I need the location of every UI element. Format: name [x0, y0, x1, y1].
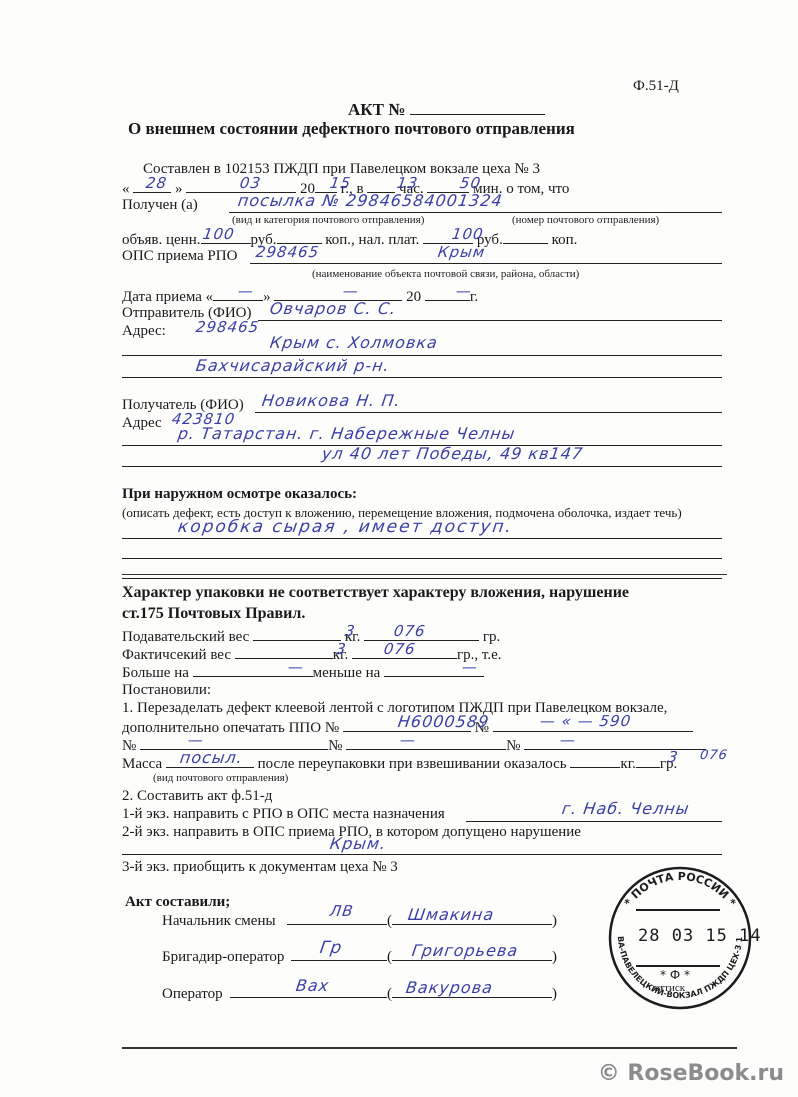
packaging-heading-1: Характер упаковки не соответствует харак… [122, 584, 629, 602]
copy-2-field[interactable] [122, 854, 722, 855]
resolution-item-2: 2. Составить акт ф.51-д [122, 787, 272, 805]
acceptance-office-region: Крым [437, 243, 487, 261]
cod-rub-value: 100 [451, 225, 485, 243]
extra-no-2-value: — [399, 731, 418, 749]
act-title-text: АКТ № [348, 100, 405, 119]
less-value: — [461, 658, 480, 676]
cod-kop-field[interactable] [503, 229, 548, 244]
actual-weight-row: Фактичсекий вес кг. гр., т.е. [122, 644, 502, 664]
submitted-g-value: 076 [393, 622, 427, 640]
copy-3-label: 3-й экз. приобщить к документам цеха № 3 [122, 858, 398, 876]
sender-address-value-2: Бахчисарайский р-н. [195, 356, 392, 375]
month-value: 03 [239, 174, 263, 192]
received-field[interactable] [229, 212, 722, 213]
acceptance-year-value: — [455, 282, 474, 300]
mass-g-field[interactable] [636, 753, 660, 768]
inspection-line-1[interactable] [122, 538, 722, 539]
values-row: объяв. ценн.руб. коп., нал. плат. руб. к… [122, 229, 577, 249]
actual-kg-field[interactable] [235, 644, 333, 659]
sender-address-value-1: Крым с. Холмовка [269, 333, 440, 352]
watermark: © RoseBook.ru [598, 1061, 784, 1086]
signature-row: Начальник смены() [162, 910, 557, 930]
received-label: Получен (а) [122, 196, 198, 214]
section-divider [122, 574, 727, 575]
signatory-name-value: Шмакина [407, 905, 496, 924]
inspection-line-2[interactable] [122, 558, 722, 559]
recipient-name-value: Новикова Н. П. [261, 391, 402, 410]
received-hint-kind: (вид и категория почтового отправления) [232, 214, 424, 227]
extra-no-3-value: — [559, 731, 578, 749]
mass-g-value: 076 [699, 748, 729, 763]
sender-name-field[interactable] [258, 320, 722, 321]
bottom-rule [122, 1047, 737, 1049]
copy-1-field[interactable] [466, 821, 722, 822]
act-subtitle: О внешнем состоянии дефектного почтового… [128, 120, 575, 138]
extra-no-2-field[interactable] [346, 735, 506, 750]
mass-kind-value: посыл. [179, 748, 245, 767]
sender-address-line-2[interactable] [122, 377, 722, 378]
recipient-address-value-1: р. Татарстан. г. Набережные Челны [177, 424, 517, 443]
acceptance-day-value: — [237, 282, 256, 300]
signature-value: Вах [295, 976, 331, 995]
stamp-label: оттиск [654, 982, 685, 994]
declared-rub-value: 100 [202, 225, 236, 243]
submitted-weight-row: Подавательский вес кг. гр. [122, 626, 500, 646]
mass-kind-hint: (вид почтового отправления) [153, 772, 288, 785]
actual-g-value: 076 [383, 640, 417, 658]
copy-1-label: 1-й экз. направить с РПО в ОПС места наз… [122, 805, 445, 823]
declared-kop-field[interactable] [277, 229, 322, 244]
signatures-heading: Акт составили; [125, 893, 230, 911]
acceptance-office-hint: (наименование объекта почтовой связи, ра… [312, 268, 579, 281]
postal-stamp: * ПОЧТА РОССИИ * МОСКВА-ПАВЕЛЕЦКИЙ-ВОКЗА… [598, 862, 762, 1012]
copy-1-value: г. Наб. Челны [561, 799, 691, 818]
resolution-heading: Постановили: [122, 681, 211, 699]
form-code: Ф.51-Д [633, 77, 679, 95]
hour-value: 13 [396, 174, 420, 192]
acceptance-office-index: 298465 [255, 243, 321, 261]
extra-no-1-value: — [187, 731, 206, 749]
acceptance-office-field[interactable] [250, 263, 722, 264]
acceptance-office-label: ОПС приема РПО [122, 247, 237, 265]
inspection-finding: коробка сырая , имеет доступ. [177, 517, 515, 537]
year-value: 15 [329, 174, 353, 192]
sender-address-label: Адрес: [122, 322, 166, 340]
minute-value: 50 [459, 174, 483, 192]
stamp-date: 28 03 15 14 [638, 926, 762, 946]
more-value: — [287, 658, 306, 676]
recipient-address-value-2: ул 40 лет Победы, 49 кв147 [321, 444, 585, 463]
inspection-heading: При наружном осмотре оказалось: [122, 485, 357, 503]
acceptance-month-value: — [342, 282, 361, 300]
received-value: посылка № 29846584001324 [237, 191, 504, 210]
sender-name-value: Овчаров С. С. [269, 299, 398, 318]
packaging-heading-2: ст.175 Почтовых Правил. [122, 605, 305, 623]
act-number-field[interactable] [410, 100, 545, 115]
signatory-name-value: Григорьева [411, 941, 520, 960]
seal-no-value: Н6000589 [397, 712, 491, 731]
signature-row: Оператор() [162, 983, 557, 1003]
signature-value: Гр [319, 938, 344, 958]
act-title: АКТ № [348, 100, 545, 119]
submitted-kg-field[interactable] [253, 626, 341, 641]
sender-index-value: 298465 [195, 318, 261, 336]
mass-kg-field[interactable] [570, 753, 620, 768]
recipient-address-label: Адрес [122, 414, 162, 432]
inspection-line-3[interactable] [122, 578, 722, 579]
signature-value: ЛВ [329, 902, 355, 920]
mass-kg-value: 3 [667, 748, 680, 766]
received-hint-number: (номер почтового отправления) [512, 214, 659, 227]
copy-2-value: Крым. [329, 834, 388, 853]
stamp-symbol: * Ф * [660, 968, 690, 982]
seal-no-2-value: — « — 590 [539, 712, 633, 730]
recipient-address-line-2[interactable] [122, 466, 722, 467]
signatory-name-value: Вакурова [405, 978, 495, 997]
day-value: 28 [145, 174, 169, 192]
recipient-name-field[interactable] [255, 412, 722, 413]
svg-text:* ПОЧТА РОССИИ *: * ПОЧТА РОССИИ * [622, 870, 739, 909]
